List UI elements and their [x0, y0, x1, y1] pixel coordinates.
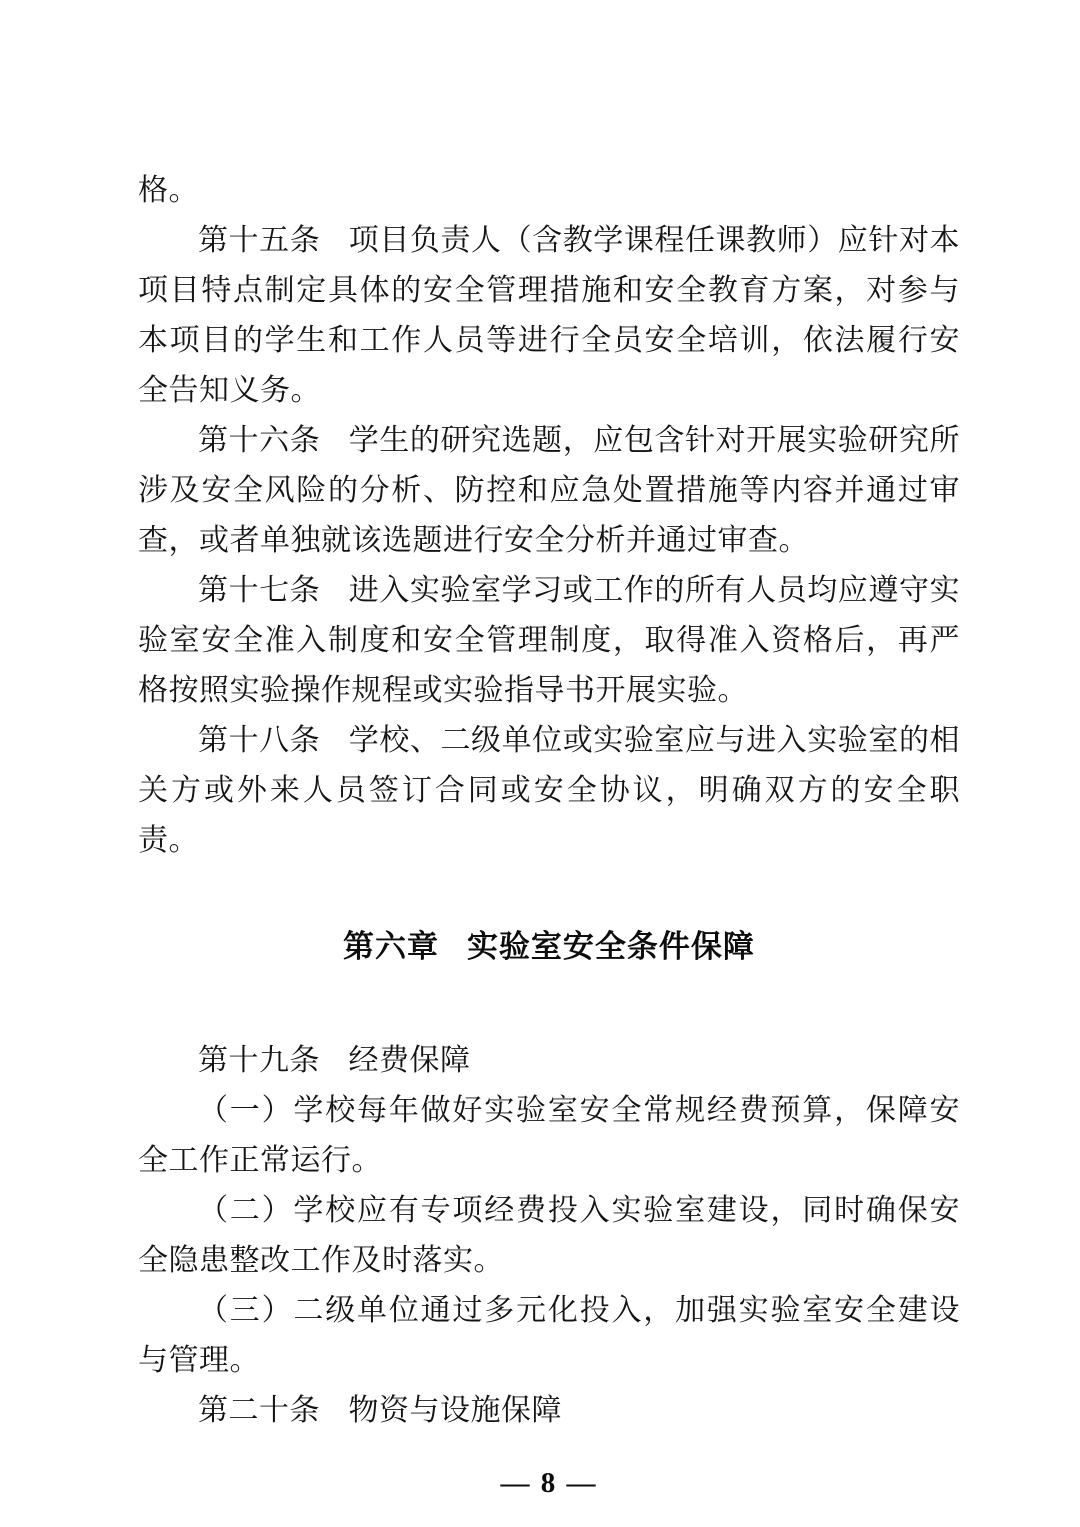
- article-20: 第二十条物资与设施保障: [138, 1386, 960, 1436]
- article-20-label: 第二十条: [198, 1394, 320, 1427]
- article-16: 第十六条学生的研究选题，应包含针对开展实验研究所涉及安全风险的分析、防控和应急处…: [138, 416, 960, 566]
- article-19-text: 经费保障: [349, 1044, 471, 1077]
- article-15: 第十五条项目负责人（含教学课程任课教师）应针对本项目特点制定具体的安全管理措施和…: [138, 216, 960, 416]
- article-19-item-2: （二）学校应有专项经费投入实验室建设，同时确保安全隐患整改工作及时落实。: [138, 1186, 960, 1286]
- article-19-label: 第十九条: [198, 1044, 320, 1077]
- article-20-text: 物资与设施保障: [349, 1394, 563, 1427]
- article-16-label: 第十六条: [198, 424, 320, 457]
- article-19-item-1: （一）学校每年做好实验室安全常规经费预算，保障安全工作正常运行。: [138, 1086, 960, 1186]
- article-17: 第十七条进入实验室学习或工作的所有人员均应遵守实验室安全准入制度和安全管理制度，…: [138, 566, 960, 716]
- article-19: 第十九条经费保障: [138, 1036, 960, 1086]
- chapter-6-label: 第六章: [343, 929, 439, 964]
- chapter-6-heading: 第六章实验室安全条件保障: [138, 922, 960, 972]
- page-number: — 8 —: [138, 1458, 960, 1508]
- paragraph-continuation: 格。: [138, 166, 960, 216]
- document-page: 格。 第十五条项目负责人（含教学课程任课教师）应针对本项目特点制定具体的安全管理…: [0, 0, 1080, 1527]
- chapter-6-title: 实验室安全条件保障: [467, 929, 755, 964]
- article-17-label: 第十七条: [198, 574, 320, 607]
- article-18-label: 第十八条: [198, 724, 320, 757]
- article-19-item-3: （三）二级单位通过多元化投入，加强实验室安全建设与管理。: [138, 1286, 960, 1386]
- article-15-label: 第十五条: [198, 224, 320, 257]
- article-18: 第十八条学校、二级单位或实验室应与进入实验室的相关方或外来人员签订合同或安全协议…: [138, 716, 960, 866]
